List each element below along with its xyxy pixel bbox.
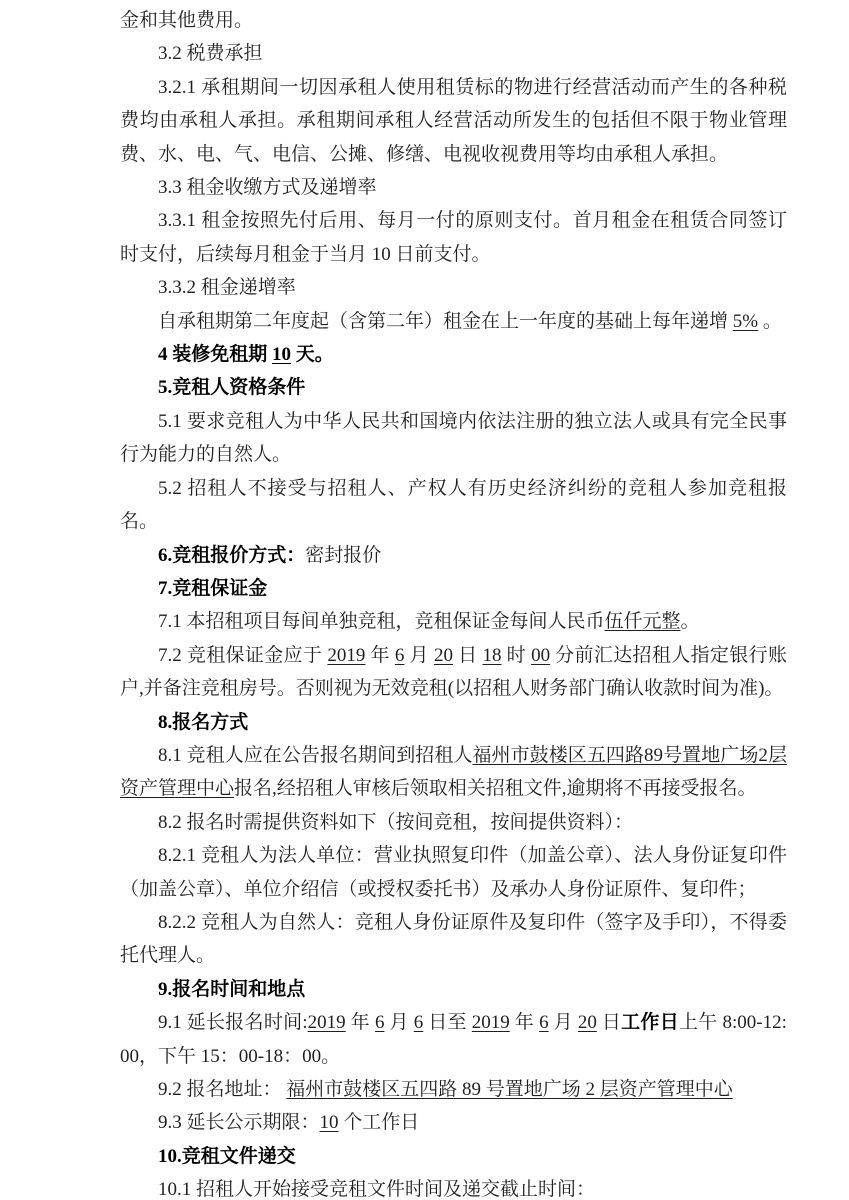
text-run: 10 xyxy=(320,1112,339,1133)
paragraph: 8.2.2 竞租人为自然人：竞租人身份证原件及复印件（签字及手印），不得委托代理… xyxy=(120,906,787,973)
text-run: 年 xyxy=(510,1012,539,1033)
text-run: 年 xyxy=(365,645,395,666)
text-run: 2019 xyxy=(308,1012,346,1033)
paragraph: 7.竞租保证金 xyxy=(120,572,787,605)
text-run: 个工作日 xyxy=(339,1112,420,1133)
text-run: 3.3 租金收缴方式及递增率 xyxy=(158,177,377,198)
text-run: 自承租期第二年度起（含第二年）租金在上一年度的基础上每年递增 xyxy=(158,311,733,332)
text-run: 5.1 要求竞租人为中华人民共和国境内依法注册的独立法人或具有完全民事行为能力的… xyxy=(120,411,787,465)
text-run: 6 xyxy=(395,645,405,666)
document-page: 金和其他费用。3.2 税费承担3.2.1 承租期间一切因承租人使用租赁标的物进行… xyxy=(0,0,849,1200)
text-run: 月 xyxy=(549,1012,578,1033)
text-run: 福州市鼓楼区五四路 89 号置地广场 2 层资产管理中心 xyxy=(286,1079,733,1100)
text-run: 8.1 竞租人应在公告报名期间到招租人 xyxy=(158,745,473,766)
paragraph: 9.3 延长公示期限：10 个工作日 xyxy=(120,1106,787,1139)
paragraph: 7.2 竞租保证金应于 2019 年 6 月 20 日 18 时 00 分前汇达… xyxy=(120,639,787,706)
paragraph: 3.3.1 租金按照先付后用、每月一付的原则支付。首月租金在租赁合同签订时支付，… xyxy=(120,204,787,271)
paragraph: 金和其他费用。 xyxy=(120,4,787,37)
text-run: 报名,经招租人审核后领取相关招租文件,逾期将不再接受报名。 xyxy=(234,778,757,799)
paragraph: 10.1 招租人开始接受竞租文件时间及递交截止时间： xyxy=(120,1173,787,1200)
text-run: 3.3.1 租金按照先付后用、每月一付的原则支付。首月租金在租赁合同签订时支付，… xyxy=(120,210,787,264)
text-run: 6 xyxy=(375,1012,385,1033)
paragraph: 10.竞租文件递交 xyxy=(120,1140,787,1173)
text-run: 3.2 税费承担 xyxy=(158,43,263,64)
text-run: 月 xyxy=(404,645,434,666)
text-run: 时 xyxy=(502,645,532,666)
paragraph: 9.1 延长报名时间:2019 年 6 月 6 日至 2019 年 6 月 20… xyxy=(120,1006,787,1073)
text-run: 3.2.1 承租期间一切因承租人使用租赁标的物进行经营活动而产生的各种税费均由承… xyxy=(120,77,787,165)
paragraph: 5.竞租人资格条件 xyxy=(120,371,787,404)
text-run: 月 xyxy=(384,1012,413,1033)
text-run: 日至 xyxy=(423,1012,472,1033)
paragraph: 8.报名方式 xyxy=(120,706,787,739)
paragraph: 8.2.1 竞租人为法人单位：营业执照复印件（加盖公章）、法人身份证复印件（加盖… xyxy=(120,839,787,906)
text-run: 日 xyxy=(453,645,483,666)
text-run: 7.2 竞租保证金应于 xyxy=(158,645,327,666)
paragraph: 5.2 招租人不接受与招租人、产权人有历史经济纠纷的竞租人参加竞租报名。 xyxy=(120,472,787,539)
text-run: 20 xyxy=(578,1012,597,1033)
text-run: 5% xyxy=(733,311,758,332)
text-run: 6 xyxy=(414,1012,424,1033)
text-run: 6.竞租报价方式： xyxy=(158,545,305,566)
text-run: 金和其他费用。 xyxy=(120,10,253,31)
paragraph: 8.1 竞租人应在公告报名期间到招租人福州市鼓楼区五四路89号置地广场2层资产管… xyxy=(120,739,787,806)
text-run: 9.报名时间和地点 xyxy=(158,979,305,1000)
text-run: 8.报名方式 xyxy=(158,712,248,733)
paragraph: 8.2 报名时需提供资料如下（按间竞租，按间提供资料）： xyxy=(120,806,787,839)
text-run: 7.1 本招租项目每间单独竞租，竞租保证金每间人民币 xyxy=(158,611,605,632)
text-run: 8.2.2 竞租人为自然人：竞租人身份证原件及复印件（签字及手印），不得委托代理… xyxy=(120,912,787,966)
text-run: 日 xyxy=(597,1012,621,1033)
text-run: 9.1 延长报名时间: xyxy=(158,1012,308,1033)
text-run: 9.3 延长公示期限： xyxy=(158,1112,320,1133)
text-run: 5.竞租人资格条件 xyxy=(158,377,305,398)
paragraph: 9.报名时间和地点 xyxy=(120,973,787,1006)
text-run: 。 xyxy=(681,611,700,632)
paragraph: 3.2 税费承担 xyxy=(120,37,787,70)
text-run: 工作日 xyxy=(621,1012,679,1033)
text-run: 4 装修免租期 xyxy=(158,344,272,365)
text-run: 8.2.1 竞租人为法人单位：营业执照复印件（加盖公章）、法人身份证复印件（加盖… xyxy=(120,845,787,899)
paragraph: 6.竞租报价方式：密封报价 xyxy=(120,539,787,572)
paragraph: 3.3 租金收缴方式及递增率 xyxy=(120,171,787,204)
text-run: 20 xyxy=(434,645,453,666)
text-run: 年 xyxy=(346,1012,375,1033)
text-run: 10 xyxy=(272,344,291,365)
text-run: 。 xyxy=(758,311,782,332)
text-run: 2019 xyxy=(472,1012,510,1033)
text-run: 3.3.2 租金递增率 xyxy=(158,277,296,298)
document-body: 金和其他费用。3.2 税费承担3.2.1 承租期间一切因承租人使用租赁标的物进行… xyxy=(0,0,849,1200)
paragraph: 4 装修免租期 10 天。 xyxy=(120,338,787,371)
paragraph: 3.2.1 承租期间一切因承租人使用租赁标的物进行经营活动而产生的各种税费均由承… xyxy=(120,71,787,171)
paragraph: 自承租期第二年度起（含第二年）租金在上一年度的基础上每年递增 5% 。 xyxy=(120,305,787,338)
text-run: 2019 xyxy=(327,645,365,666)
text-run: 9.2 报名地址： xyxy=(158,1079,286,1100)
text-run: 天。 xyxy=(291,344,334,365)
text-run: 18 xyxy=(483,645,502,666)
text-run: 8.2 报名时需提供资料如下（按间竞租，按间提供资料）： xyxy=(158,812,633,833)
paragraph: 3.3.2 租金递增率 xyxy=(120,271,787,304)
text-run: 6 xyxy=(539,1012,549,1033)
text-run: 10.竞租文件递交 xyxy=(158,1146,296,1167)
text-run: 00 xyxy=(531,645,550,666)
paragraph: 9.2 报名地址： 福州市鼓楼区五四路 89 号置地广场 2 层资产管理中心 xyxy=(120,1073,787,1106)
paragraph: 7.1 本招租项目每间单独竞租，竞租保证金每间人民币伍仟元整。 xyxy=(120,605,787,638)
text-run: 7.竞租保证金 xyxy=(158,578,267,599)
text-run: 密封报价 xyxy=(305,545,381,566)
text-run: 5.2 招租人不接受与招租人、产权人有历史经济纠纷的竞租人参加竞租报名。 xyxy=(120,478,787,532)
text-run: 10.1 招租人开始接受竞租文件时间及递交截止时间： xyxy=(158,1179,595,1200)
text-run: 伍仟元整 xyxy=(605,611,681,632)
paragraph: 5.1 要求竞租人为中华人民共和国境内依法注册的独立法人或具有完全民事行为能力的… xyxy=(120,405,787,472)
